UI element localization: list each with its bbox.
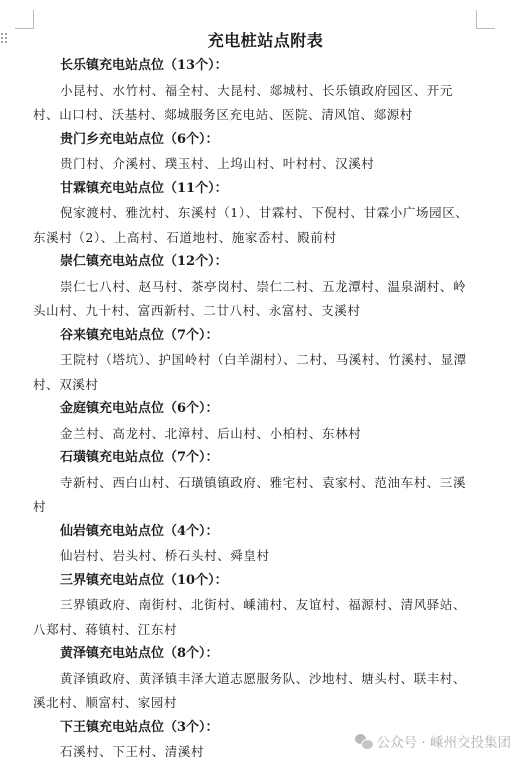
watermark: 公众号 · 嵊州交投集团 [355,731,511,751]
section-heading: 金庭镇充电站点位（6个）： [33,397,478,422]
section-heading: 石璜镇充电站点位（7个）： [33,446,478,471]
drag-handle-icon[interactable] [0,32,8,44]
section-jinting: 金庭镇充电站点位（6个）： 金兰村、高龙村、北漳村、后山村、小柏村、东林村 [33,397,478,446]
section-changle: 长乐镇充电站点位（13个）： 小昆村、水竹村、福全村、大昆村、郯城村、长乐镇政府… [33,54,478,128]
section-body: 黄泽镇政府、黄泽镇丰泽大道志愿服务队、沙地村、塘头村、联丰村、溪北村、顺富村、家… [33,667,478,716]
section-guimen: 贵门乡充电站点位（6个）： 贵门村、介溪村、璞玉村、上坞山村、叶村村、汉溪村 [33,128,478,177]
section-heading: 崇仁镇充电站点位（12个）： [33,250,478,275]
section-heading: 甘霖镇充电站点位（11个）： [33,177,478,202]
section-heading: 三界镇充电站点位（10个）： [33,569,478,594]
section-xianyan: 仙岩镇充电站点位（4个）： 仙岩村、岩头村、桥石头村、舜皇村 [33,520,478,569]
section-heading: 黄泽镇充电站点位（8个）： [33,642,478,667]
section-heading: 长乐镇充电站点位（13个）： [33,54,478,79]
section-sanjie: 三界镇充电站点位（10个）： 三界镇政府、南街村、北街村、嵊浦村、友谊村、福源村… [33,569,478,643]
document-title: 充电桩站点附表 [53,28,478,54]
section-shihuang: 石璜镇充电站点位（7个）： 寺新村、西白山村、石璜镇镇政府、雅宅村、袁家村、范油… [33,446,478,520]
section-huangze: 黄泽镇充电站点位（8个）： 黄泽镇政府、黄泽镇丰泽大道志愿服务队、沙地村、塘头村… [33,642,478,716]
watermark-text: 公众号 · 嵊州交投集团 [377,731,511,751]
section-heading: 谷来镇充电站点位（7个）： [33,324,478,349]
section-body: 三界镇政府、南街村、北街村、嵊浦村、友谊村、福源村、清风驿站、八郑村、蒋镇村、江… [33,593,478,642]
section-body: 贵门村、介溪村、璞玉村、上坞山村、叶村村、汉溪村 [33,152,478,177]
section-heading: 仙岩镇充电站点位（4个）： [33,520,478,545]
wechat-icon [355,734,373,749]
section-body: 倪家渡村、雅沈村、东溪村（1）、甘霖村、下倪村、甘霖小广场园区、东溪村（2）、上… [33,201,478,250]
section-body: 寺新村、西白山村、石璜镇镇政府、雅宅村、袁家村、范油车村、三溪村 [33,471,478,520]
page-corner-mark-top-left [15,10,34,29]
section-body: 小昆村、水竹村、福全村、大昆村、郯城村、长乐镇政府园区、开元村、山口村、沃基村、… [33,79,478,128]
document-page: 充电桩站点附表 长乐镇充电站点位（13个）： 小昆村、水竹村、福全村、大昆村、郯… [33,28,478,765]
page-corner-mark-top-right [476,10,495,29]
section-chongren: 崇仁镇充电站点位（12个）： 崇仁七八村、赵马村、茶亭岗村、崇仁二村、五龙潭村、… [33,250,478,324]
section-body: 崇仁七八村、赵马村、茶亭岗村、崇仁二村、五龙潭村、温泉湖村、岭头山村、九十村、富… [33,275,478,324]
section-ganlin: 甘霖镇充电站点位（11个）： 倪家渡村、雅沈村、东溪村（1）、甘霖村、下倪村、甘… [33,177,478,251]
section-body: 金兰村、高龙村、北漳村、后山村、小柏村、东林村 [33,422,478,447]
section-body: 王院村（塔坑）、护国岭村（白羊湖村）、二村、马溪村、竹溪村、显潭村、双溪村 [33,348,478,397]
section-heading: 贵门乡充电站点位（6个）： [33,128,478,153]
section-body: 仙岩村、岩头村、桥石头村、舜皇村 [33,544,478,569]
section-gulai: 谷来镇充电站点位（7个）： 王院村（塔坑）、护国岭村（白羊湖村）、二村、马溪村、… [33,324,478,398]
